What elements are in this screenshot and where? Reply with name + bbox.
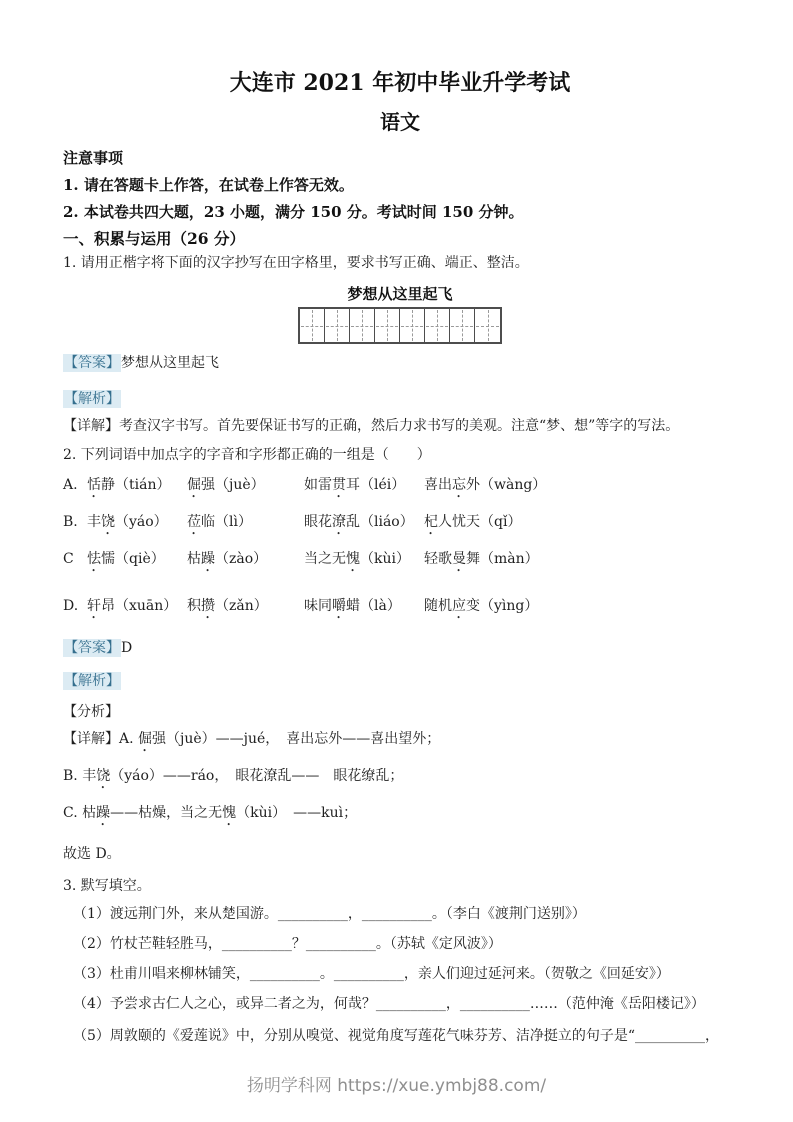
option-item: 莅临（lì） <box>187 513 304 538</box>
q1-copy-text: 梦想从这里起飞 <box>63 285 737 303</box>
option-item: 倔强（juè） <box>187 476 304 501</box>
breakdown-label: 【分析】 <box>63 704 119 720</box>
analysis-label: 【解析】 <box>63 672 121 690</box>
option-item: 味同嚼蜡（là） <box>304 597 424 622</box>
q3-stem: 3. 默写填空。 <box>63 877 737 895</box>
notice-line-2: 2. 本试卷共四大题，23 小题，满分 150 分。考试时间 150 分钟。 <box>63 203 737 221</box>
option-item: 当之无愧（kùi） <box>304 550 424 575</box>
q2-answer-line: 【答案】D <box>63 639 737 657</box>
tianzige-cell <box>450 309 475 342</box>
section-heading: 一、积累与运用（26 分） <box>63 230 737 248</box>
option-item: 丰饶（yáo） <box>87 513 187 538</box>
q3-item-5: （5）周敦颐的《爱莲说》中，分别从嗅觉、视觉角度写莲花气味芬芳、洁净挺立的句子是… <box>63 1027 737 1045</box>
analysis-label: 【解析】 <box>63 390 121 408</box>
q2-detail-line-b: B. 丰饶（yáo）——ráo， 眼花潦乱—— 眼花缭乱； <box>63 767 737 792</box>
q2-breakdown-line: 【分析】 <box>63 703 737 721</box>
footer-watermark: 扬明学科网 https://xue.ymbj88.com/ <box>0 1071 793 1096</box>
q3-item-1: （1）渡远荆门外，来从楚国游。__________，__________。（李白… <box>63 905 737 923</box>
exam-content: 大连市 2021 年初中毕业升学考试 语文 注意事项 1. 请在答题卡上作答，在… <box>0 0 793 1045</box>
tianzige-cell <box>350 309 375 342</box>
tianzige-grid <box>298 307 502 344</box>
q2-option-row-d: D. 轩昂（xuān） 积攒（zǎn） 味同嚼蜡（là） 随机应变（yìng） <box>63 597 737 622</box>
option-item: 杞人忧天（qǐ） <box>424 513 737 538</box>
q2-option-row-b: B. 丰饶（yáo） 莅临（lì） 眼花潦乱（liáo） 杞人忧天（qǐ） <box>63 513 737 538</box>
q2-detail-line-c: C. 枯躁——枯燥，当之无愧（kùi） ——kuì； <box>63 804 737 829</box>
q1-detail-line: 【详解】考查汉字书写。首先要保证书写的正确，然后力求书写的美观。注意“梦、想”等… <box>63 417 737 435</box>
option-item: 喜出忘外（wàng） <box>424 476 737 501</box>
page-subject: 语文 <box>63 110 737 134</box>
notice-heading: 注意事项 <box>63 149 737 167</box>
option-item: 枯躁（zào） <box>187 550 304 575</box>
option-item: 眼花潦乱（liáo） <box>304 513 424 538</box>
q2-analysis-line: 【解析】 <box>63 672 737 690</box>
q2-option-row-a: A. 恬静（tián） 倔强（juè） 如雷贯耳（léi） 喜出忘外（wàng） <box>63 476 737 501</box>
option-item: 怯懦（qiè） <box>87 550 187 575</box>
option-item: 轻歌曼舞（màn） <box>424 550 737 575</box>
exam-page: 大连市 2021 年初中毕业升学考试 语文 注意事项 1. 请在答题卡上作答，在… <box>0 0 793 1122</box>
option-label: B. <box>63 513 87 538</box>
q3-item-2: （2）竹杖芒鞋轻胜马，__________？__________。（苏轼《定风波… <box>63 935 737 953</box>
option-item: 随机应变（yìng） <box>424 597 737 622</box>
detail-label: 【详解】 <box>63 418 119 434</box>
q1-answer-line: 【答案】梦想从这里起飞 <box>63 354 737 372</box>
q3-item-4: （4）予尝求古仁人之心，或异二者之为，何哉？__________，_______… <box>63 995 737 1013</box>
option-item: 如雷贯耳（léi） <box>304 476 424 501</box>
q2-answer-text: D <box>121 640 132 656</box>
q1-answer-text: 梦想从这里起飞 <box>121 355 219 371</box>
q2-stem: 2. 下列词语中加点字的字音和字形都正确的一组是（ ） <box>63 446 737 464</box>
notice-line-1: 1. 请在答题卡上作答，在试卷上作答无效。 <box>63 176 737 194</box>
answer-label: 【答案】 <box>63 639 121 657</box>
q2-conclusion: 故选 D。 <box>63 845 737 863</box>
option-item: 轩昂（xuān） <box>87 597 187 622</box>
tianzige-cell <box>325 309 350 342</box>
q3-item-3: （3）杜甫川唱来柳林铺笑，__________。__________，亲人们迎过… <box>63 965 737 983</box>
q2-detail-line-a: 【详解】A. 倔强（juè）——jué， 喜出忘外——喜出望外； <box>63 730 737 755</box>
tianzige-cell <box>375 309 400 342</box>
q1-stem: 1. 请用正楷字将下面的汉字抄写在田字格里，要求书写正确、端正、整洁。 <box>63 254 737 272</box>
q2-option-row-c: C 怯懦（qiè） 枯躁（zào） 当之无愧（kùi） 轻歌曼舞（màn） <box>63 550 737 575</box>
answer-label: 【答案】 <box>63 354 121 372</box>
tianzige-cell <box>475 309 500 342</box>
q1-analysis-line: 【解析】 <box>63 390 737 408</box>
q1-detail-text: 考查汉字书写。首先要保证书写的正确，然后力求书写的美观。注意“梦、想”等字的写法… <box>119 418 679 434</box>
option-item: 积攒（zǎn） <box>187 597 304 622</box>
option-label: A. <box>63 476 87 501</box>
tianzige-cell <box>400 309 425 342</box>
page-title: 大连市 2021 年初中毕业升学考试 <box>63 70 737 96</box>
option-label: D. <box>63 597 87 622</box>
tianzige-cell <box>300 309 325 342</box>
detail-label: 【详解】 <box>63 731 119 747</box>
option-label: C <box>63 550 87 575</box>
tianzige-cell <box>425 309 450 342</box>
option-item: 恬静（tián） <box>87 476 187 501</box>
